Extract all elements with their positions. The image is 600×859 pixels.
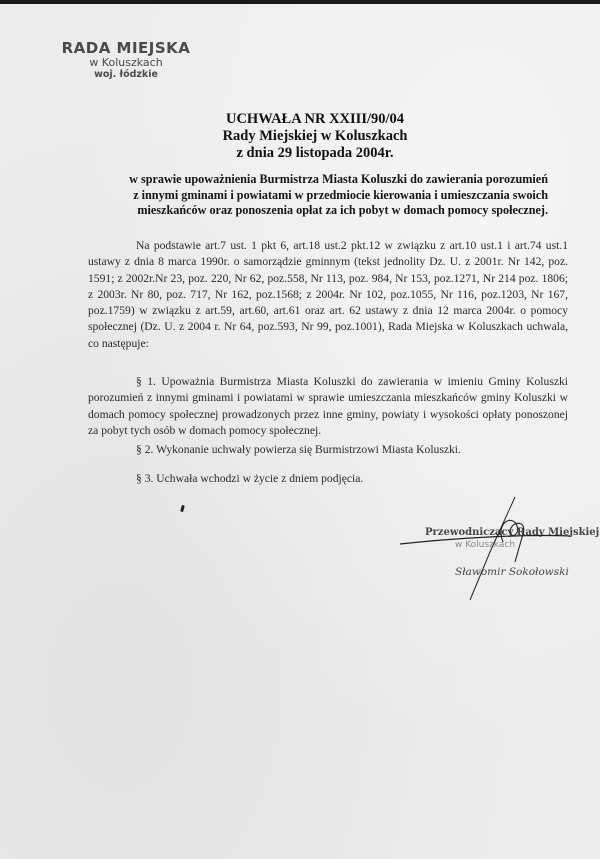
ink-mark (180, 505, 185, 513)
title-issuer: Rady Miejskiej w Koluszkach (150, 128, 480, 145)
council-stamp: RADA MIEJSKA w Koluszkach woj. łódzkie (56, 40, 196, 81)
handwritten-signature-icon (395, 492, 595, 602)
subject-line-3: mieszkańców oraz ponoszenia opłat za ich… (64, 203, 548, 219)
legal-basis-paragraph: Na podstawie art.7 ust. 1 pkt 6, art.18 … (88, 238, 568, 352)
paragraph-2-text: § 2. Wykonanie uchwały powierza się Burm… (136, 443, 461, 456)
stamp-line-2: w Koluszkach (56, 56, 196, 69)
paragraph-1: § 1. Upoważnia Burmistrza Miasta Koluszk… (88, 374, 568, 439)
subject-line-1: w sprawie upoważnienia Burmistrza Miasta… (64, 172, 548, 188)
paragraph-2: § 2. Wykonanie uchwały powierza się Burm… (88, 442, 568, 458)
paragraph-1-text: § 1. Upoważnia Burmistrza Miasta Koluszk… (88, 375, 568, 437)
paragraph-3-text: § 3. Uchwała wchodzi w życie z dniem pod… (136, 472, 363, 485)
title-number: UCHWAŁA NR XXIII/90/04 (150, 111, 480, 128)
stamp-line-3: woj. łódzkie (56, 69, 196, 81)
resolution-title: UCHWAŁA NR XXIII/90/04 Rady Miejskiej w … (150, 111, 480, 162)
title-date: z dnia 29 listopada 2004r. (150, 145, 480, 162)
resolution-subject: w sprawie upoważnienia Burmistrza Miasta… (64, 172, 548, 219)
legal-basis-text: Na podstawie art.7 ust. 1 pkt 6, art.18 … (88, 239, 568, 350)
stamp-line-1: RADA MIEJSKA (56, 40, 196, 56)
scan-edge (0, 0, 600, 4)
paragraph-3: § 3. Uchwała wchodzi w życie z dniem pod… (88, 471, 568, 487)
subject-line-2: z innymi gminami i powiatami w przedmioc… (64, 188, 548, 204)
